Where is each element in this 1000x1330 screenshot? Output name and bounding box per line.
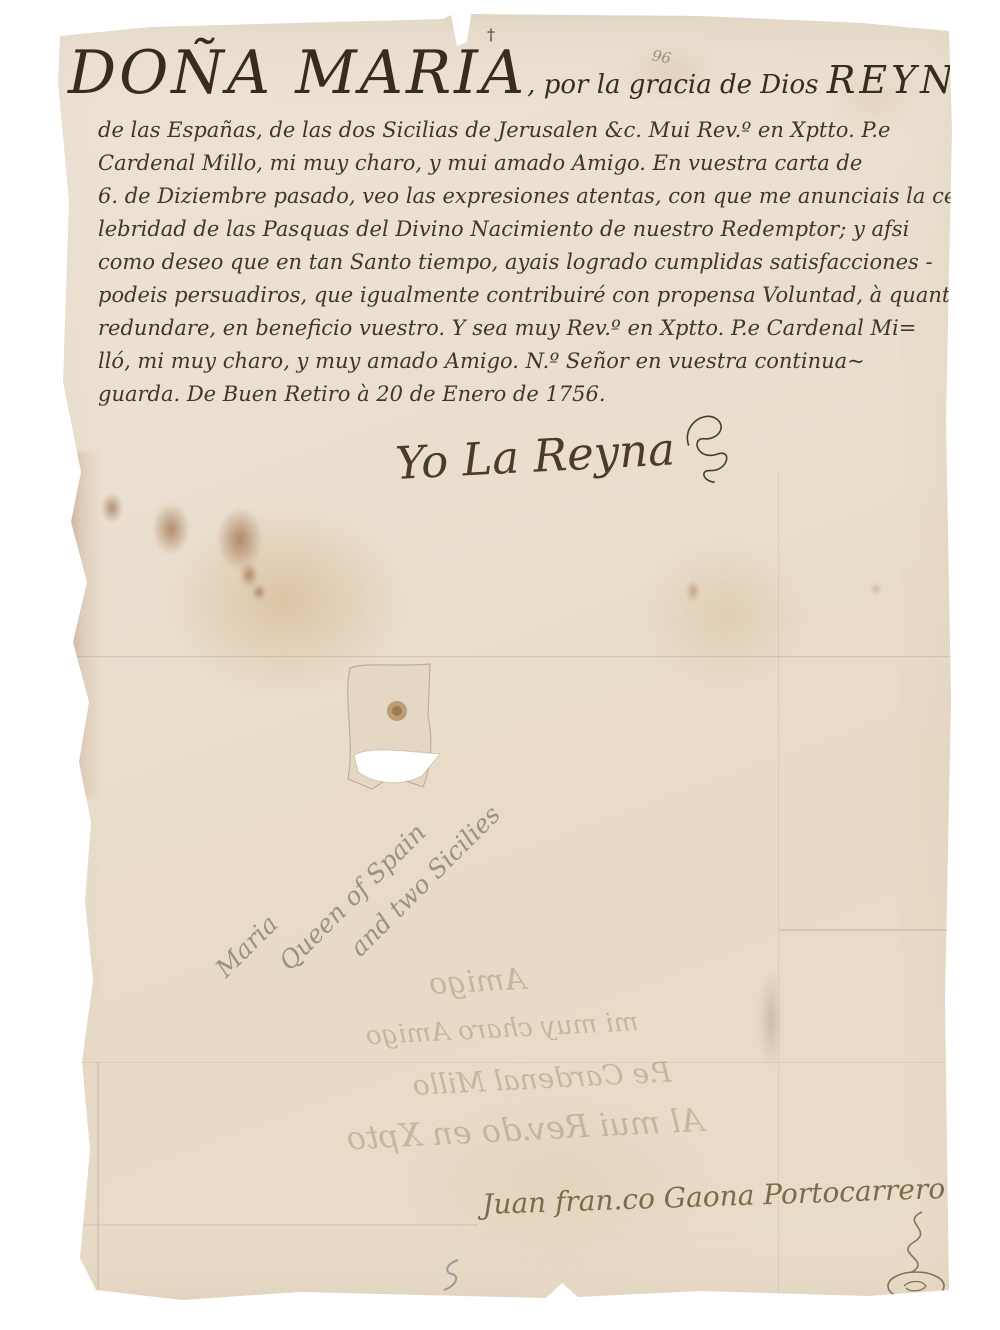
body-line: de las Españas, de las dos Sicilias de J… bbox=[98, 114, 956, 147]
stain-spot bbox=[148, 497, 194, 561]
fold-line-vertical bbox=[97, 1062, 99, 1292]
royal-signature: Yo La Reyna bbox=[393, 405, 741, 503]
letter-body: de las Españas, de las dos Sicilias de J… bbox=[98, 114, 956, 411]
wax-seal-remnant-core bbox=[392, 706, 402, 716]
body-line: lló, mi muy charo, y muy amado Amigo. N.… bbox=[98, 345, 956, 378]
body-line: como deseo que en tan Santo tiempo, ayai… bbox=[98, 246, 956, 279]
body-line: podeis persuadiros, que igualmente contr… bbox=[98, 279, 956, 312]
fold-smudge bbox=[755, 955, 787, 1085]
stain-left-edge bbox=[55, 452, 101, 797]
stain-spot bbox=[99, 490, 125, 526]
fold-line-horizontal bbox=[780, 929, 950, 931]
fold-line-vertical bbox=[778, 470, 780, 1292]
royal-rubric-flourish-icon bbox=[679, 405, 741, 488]
fold-line-horizontal bbox=[78, 1224, 478, 1226]
letter-heading: DOÑA MARIA, por la gracia de Dios REYNA bbox=[68, 38, 952, 108]
stain-spot bbox=[251, 582, 267, 602]
body-line: 6. de Diziembre pasado, veo las expresio… bbox=[98, 180, 956, 213]
stain-spot bbox=[238, 560, 260, 590]
stain-spot bbox=[869, 582, 883, 596]
bleedthrough-line: P.e Cardenal Millo bbox=[201, 1055, 672, 1113]
body-line: guarda. De Buen Retiro à 20 de Enero de … bbox=[98, 378, 956, 411]
stain-left-edge-lower bbox=[55, 1145, 79, 1300]
heading-continuation: , por la gracia de Dios bbox=[527, 70, 827, 100]
stain-spot bbox=[685, 578, 701, 604]
fold-line-horizontal bbox=[58, 656, 952, 659]
scanned-letter: DOÑA MARIA, por la gracia de Dios REYNA … bbox=[0, 0, 1000, 1330]
heading-title-word: REYNA bbox=[827, 58, 989, 102]
letter-page: DOÑA MARIA, por la gracia de Dios REYNA … bbox=[0, 0, 1000, 1330]
bleedthrough-line: Al mui Rev.do en Xpto bbox=[203, 1101, 704, 1165]
body-line: redundare, en beneficio vuestro. Y sea m… bbox=[98, 312, 956, 345]
body-line: Cardenal Millo, mi muy charo, y mui amad… bbox=[98, 147, 956, 180]
pencil-scribble-mark bbox=[436, 1256, 466, 1294]
royal-signature-text: Yo La Reyna bbox=[394, 422, 676, 490]
ink-bleedthrough: Amigo mi muy charo Amigo P.e Cardenal Mi… bbox=[195, 953, 704, 1165]
stain-spot bbox=[212, 500, 268, 578]
stain-right-faint bbox=[610, 515, 840, 715]
secretary-rubric-flourish-icon bbox=[878, 1210, 958, 1305]
pencil-inventory-number: 96 bbox=[651, 46, 673, 67]
invocation-cross-mark: † bbox=[487, 25, 495, 44]
secretary-signature: Juan fran.co Gaona Portocarrero bbox=[482, 1172, 946, 1221]
bleedthrough-line: mi muy charo Amigo bbox=[198, 1007, 639, 1060]
queen-name: DOÑA MARIA bbox=[68, 38, 527, 108]
body-line: lebridad de las Pasquas del Divino Nacim… bbox=[98, 213, 956, 246]
